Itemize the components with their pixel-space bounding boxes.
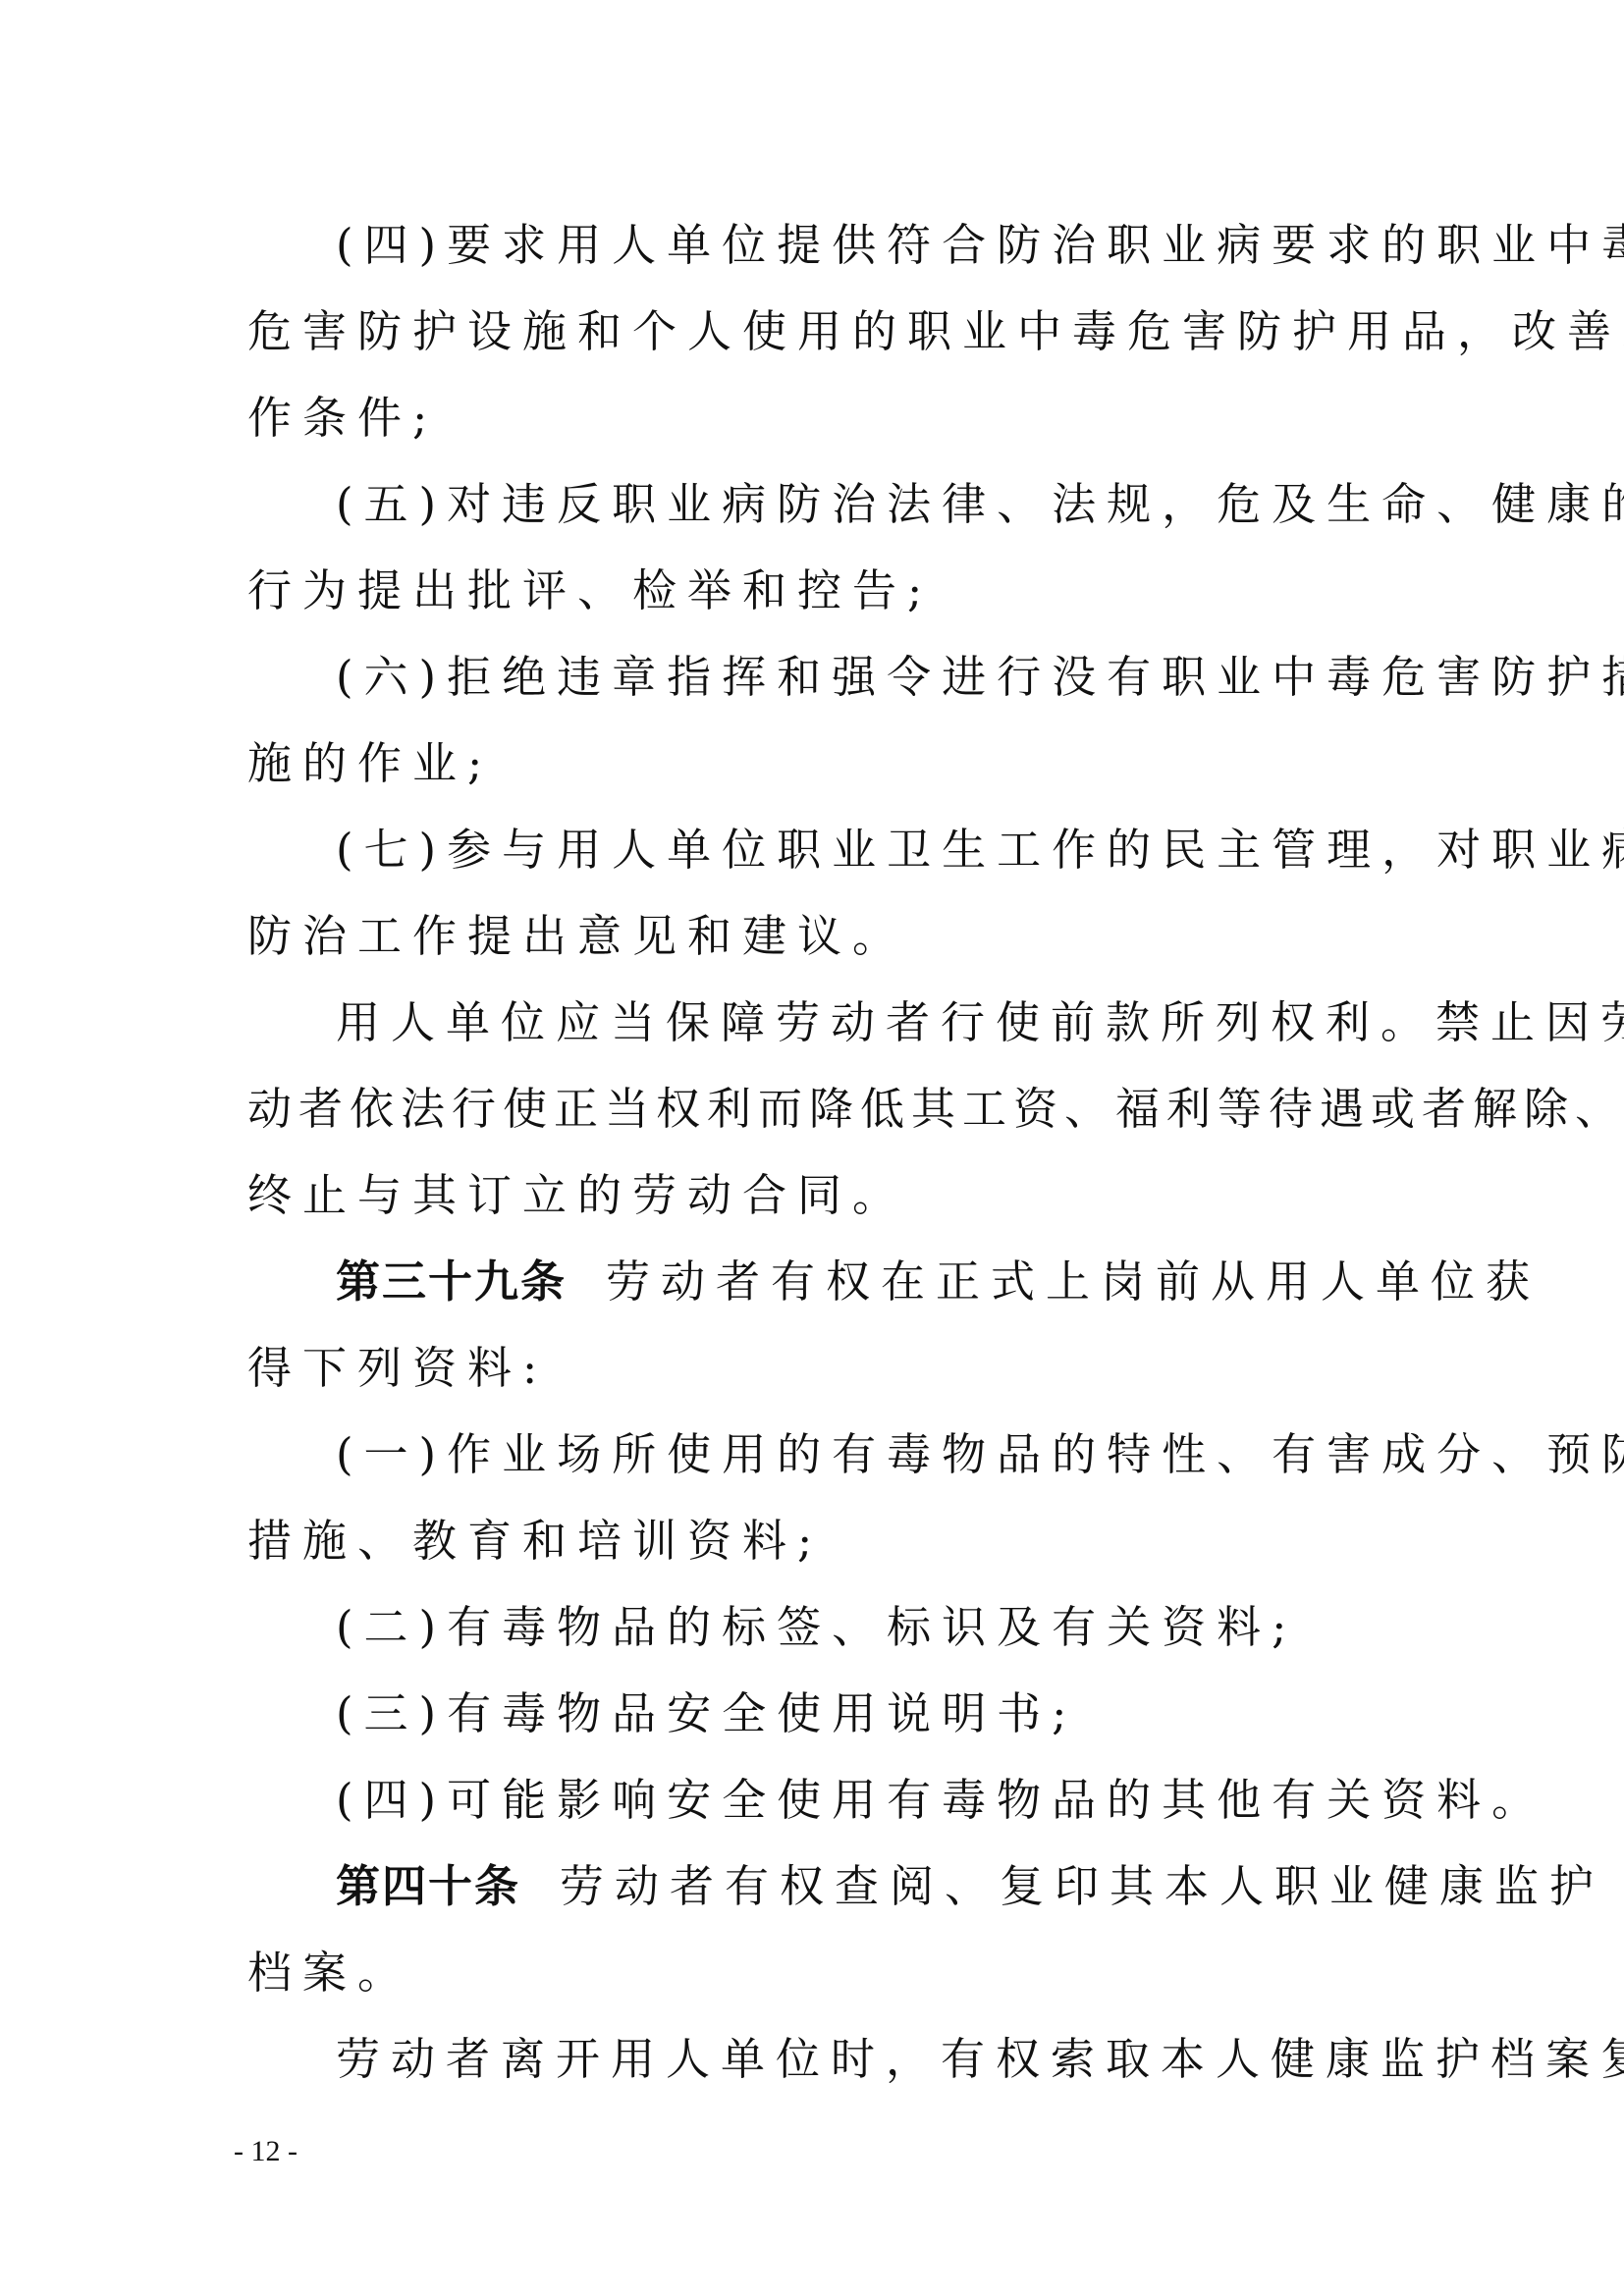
text-span: 劳动者有权在正式上岗前从用人单位获	[606, 1255, 1541, 1308]
text-line: (七)参与用人单位职业卫生工作的民主管理，对职业病	[336, 821, 1624, 880]
text-line: 行为提出批评、检举和控告;	[247, 561, 933, 620]
article-39-line: 第三十九条劳动者有权在正式上岗前从用人单位获	[336, 1253, 1541, 1311]
text-line: (四)要求用人单位提供符合防治职业病要求的职业中毒	[336, 216, 1624, 275]
text-line: 劳动者离开用人单位时，有权索取本人健康监护档案复	[336, 2030, 1624, 2089]
text-line: 危害防护设施和个人使用的职业中毒危害防护用品，改善工	[247, 302, 1624, 361]
text-line: 档案。	[247, 1944, 412, 2002]
text-line: (三)有毒物品安全使用说明书;	[336, 1684, 1077, 1743]
text-line: 动者依法行使正当权利而降低其工资、福利等待遇或者解除、	[247, 1080, 1624, 1139]
page-number: - 12 -	[234, 2132, 298, 2171]
text-line: 防治工作提出意见和建议。	[247, 907, 907, 966]
text-line: 措施、教育和培训资料;	[247, 1512, 823, 1571]
text-line: (六)拒绝违章指挥和强令进行没有职业中毒危害防护措	[336, 648, 1624, 707]
text-line: (五)对违反职业病防治法律、法规，危及生命、健康的	[336, 475, 1624, 534]
document-page: (四)要求用人单位提供符合防治职业病要求的职业中毒 危害防护设施和个人使用的职业…	[0, 0, 1624, 2296]
text-line: (四)可能影响安全使用有毒物品的其他有关资料。	[336, 1771, 1546, 1830]
text-span: 劳动者有权查阅、复印其本人职业健康监护	[560, 1860, 1604, 1912]
text-line: 终止与其订立的劳动合同。	[247, 1166, 907, 1225]
text-line: 得下列资料:	[247, 1339, 548, 1398]
article-heading: 第四十条	[336, 1860, 520, 1912]
text-line: (二)有毒物品的标签、标识及有关资料;	[336, 1598, 1297, 1657]
text-line: 用人单位应当保障劳动者行使前款所列权利。禁止因劳	[336, 993, 1624, 1052]
text-line: 作条件;	[247, 389, 438, 448]
text-line: 施的作业;	[247, 734, 493, 793]
article-40-line: 第四十条劳动者有权查阅、复印其本人职业健康监护	[336, 1857, 1604, 1916]
article-heading: 第三十九条	[336, 1255, 567, 1308]
text-line: (一)作业场所使用的有毒物品的特性、有害成分、预防	[336, 1425, 1624, 1484]
